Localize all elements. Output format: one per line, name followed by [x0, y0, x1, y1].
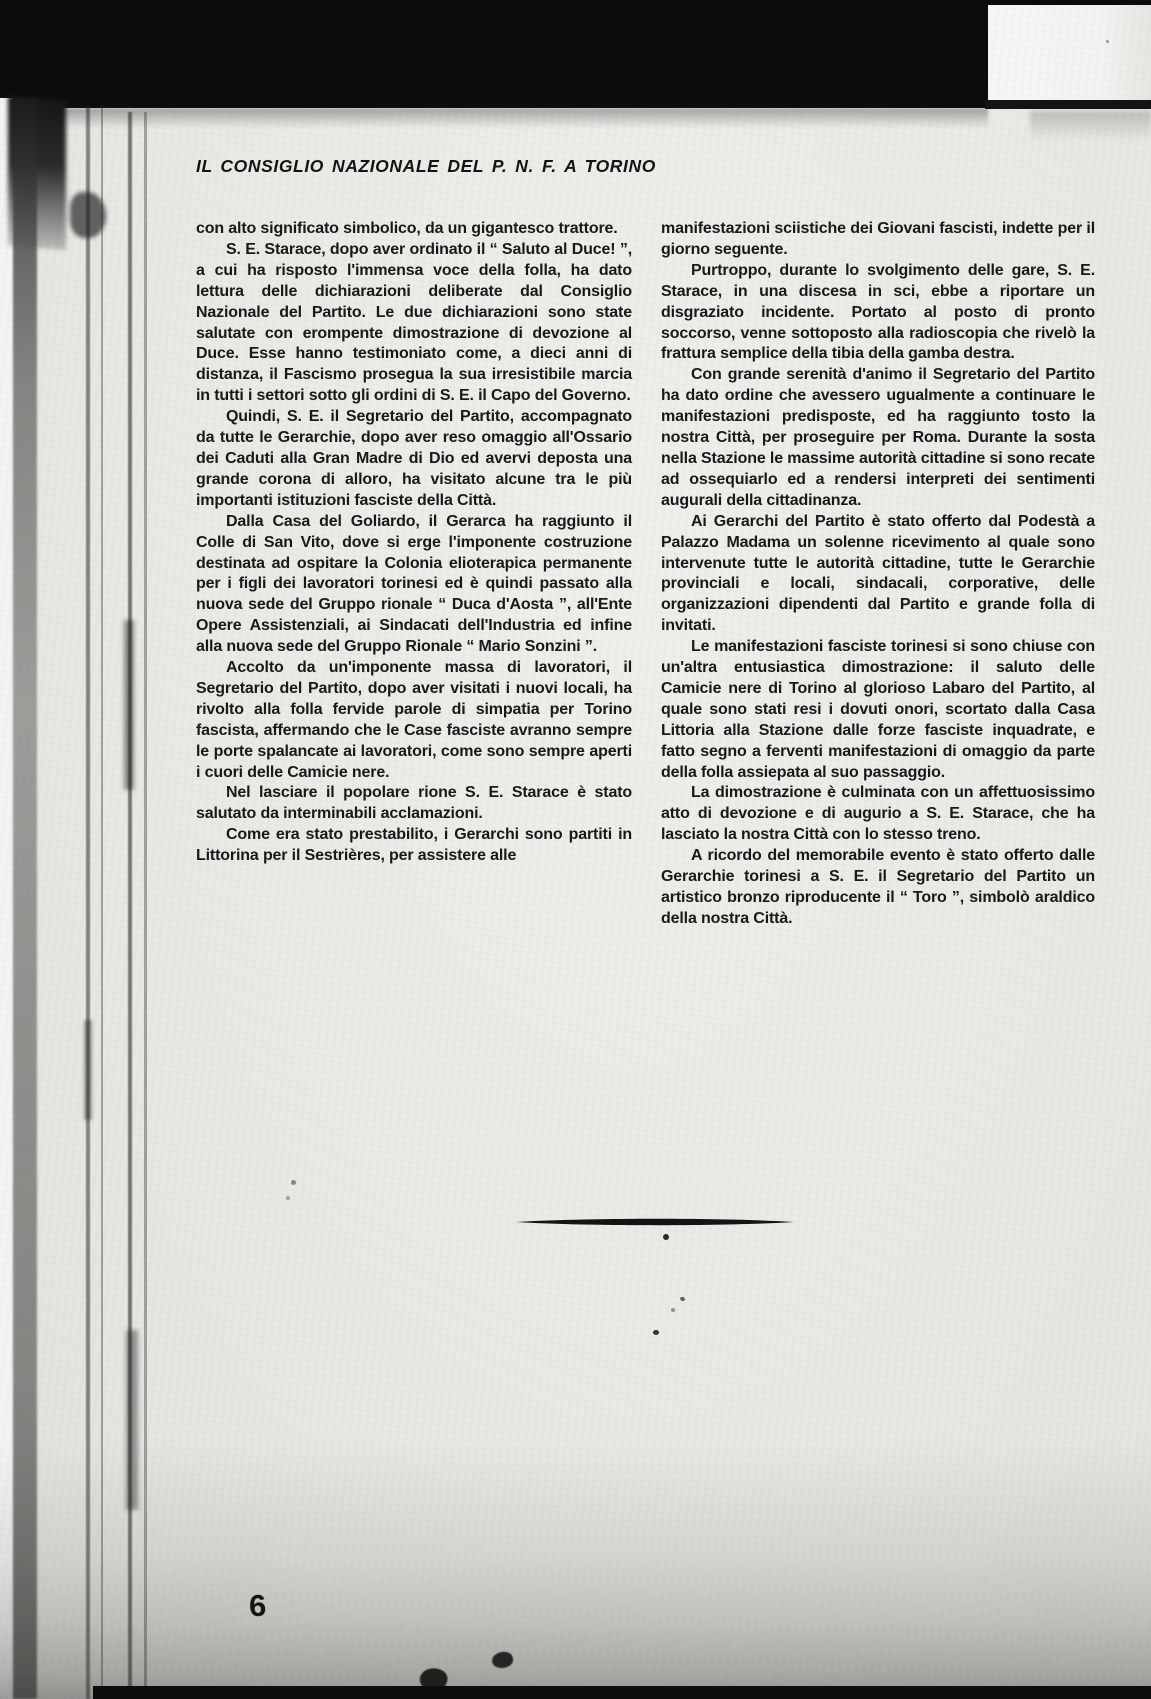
scan-artifact-spine-mark [70, 192, 106, 238]
scan-artifact-spine-bar [13, 98, 37, 1699]
scan-artifact-top-band [0, 0, 988, 108]
scan-artifact-spine-line [101, 105, 103, 1699]
left-column: con alto significato simbolico, da un gi… [196, 219, 632, 867]
paragraph: manifestazioni sciistiche dei Giovani fa… [661, 219, 1095, 261]
scan-artifact-spine-mark [124, 620, 134, 790]
ink-speck [653, 1330, 659, 1335]
ink-speck [663, 1234, 669, 1240]
paragraph: Nel lasciare il popolare rione S. E. Sta… [196, 783, 632, 825]
paragraph: Con grande serenità d'animo il Segretari… [661, 365, 1095, 511]
scan-artifact-spine-mark [126, 1330, 138, 1510]
scan-artifact-spine-line [86, 105, 90, 1699]
scan-artifact-top-right-smudge [1030, 111, 1151, 141]
paragraph: Accolto da un'imponente massa di lavorat… [196, 658, 632, 783]
scan-artifact-bottom-blob [490, 1650, 514, 1671]
paragraph: con alto significato simbolico, da un gi… [196, 219, 632, 240]
paragraph: Le manifestazioni fasciste torinesi si s… [661, 637, 1095, 783]
scan-artifact-spine-mark [84, 1020, 92, 1120]
paragraph: A ricordo del memorabile evento è stato … [661, 846, 1095, 930]
ink-speck [286, 1196, 290, 1200]
scan-artifact-bottom-shade [0, 1440, 1151, 1699]
page-title: IL CONSIGLIO NAZIONALE DEL P. N. F. A TO… [196, 156, 656, 177]
paragraph: Dalla Casa del Goliardo, il Gerarca ha r… [196, 512, 632, 658]
right-column: manifestazioni sciistiche dei Giovani fa… [661, 219, 1095, 930]
scanned-page: IL CONSIGLIO NAZIONALE DEL P. N. F. A TO… [0, 0, 1151, 1699]
scan-artifact-spine-white-edge [0, 98, 13, 1699]
scan-artifact-top-right-line [985, 100, 1151, 109]
ink-speck [679, 1296, 685, 1302]
page-number: 6 [248, 1588, 266, 1625]
ink-speck [1106, 40, 1109, 43]
scan-artifact-top-band-shadow [0, 108, 988, 128]
paragraph: Quindi, S. E. il Segretario del Partito,… [196, 407, 632, 512]
paragraph: Come era stato prestabilito, i Gerarchi … [196, 825, 632, 867]
scan-artifact-bottom-strip [93, 1686, 1151, 1699]
paragraph: La dimostrazione è culminata con un affe… [661, 783, 1095, 846]
paragraph: Purtroppo, durante lo svolgimento delle … [661, 261, 1095, 366]
ink-speck [291, 1180, 296, 1185]
scan-artifact-spine-line [144, 112, 147, 1699]
paragraph: Ai Gerarchi del Partito è stato offerto … [661, 512, 1095, 637]
paragraph: S. E. Starace, dopo aver ordinato il “ S… [196, 240, 632, 407]
section-divider-rule [516, 1218, 794, 1226]
scan-artifact-top-right-white-block [988, 5, 1151, 101]
ink-speck [671, 1308, 675, 1312]
